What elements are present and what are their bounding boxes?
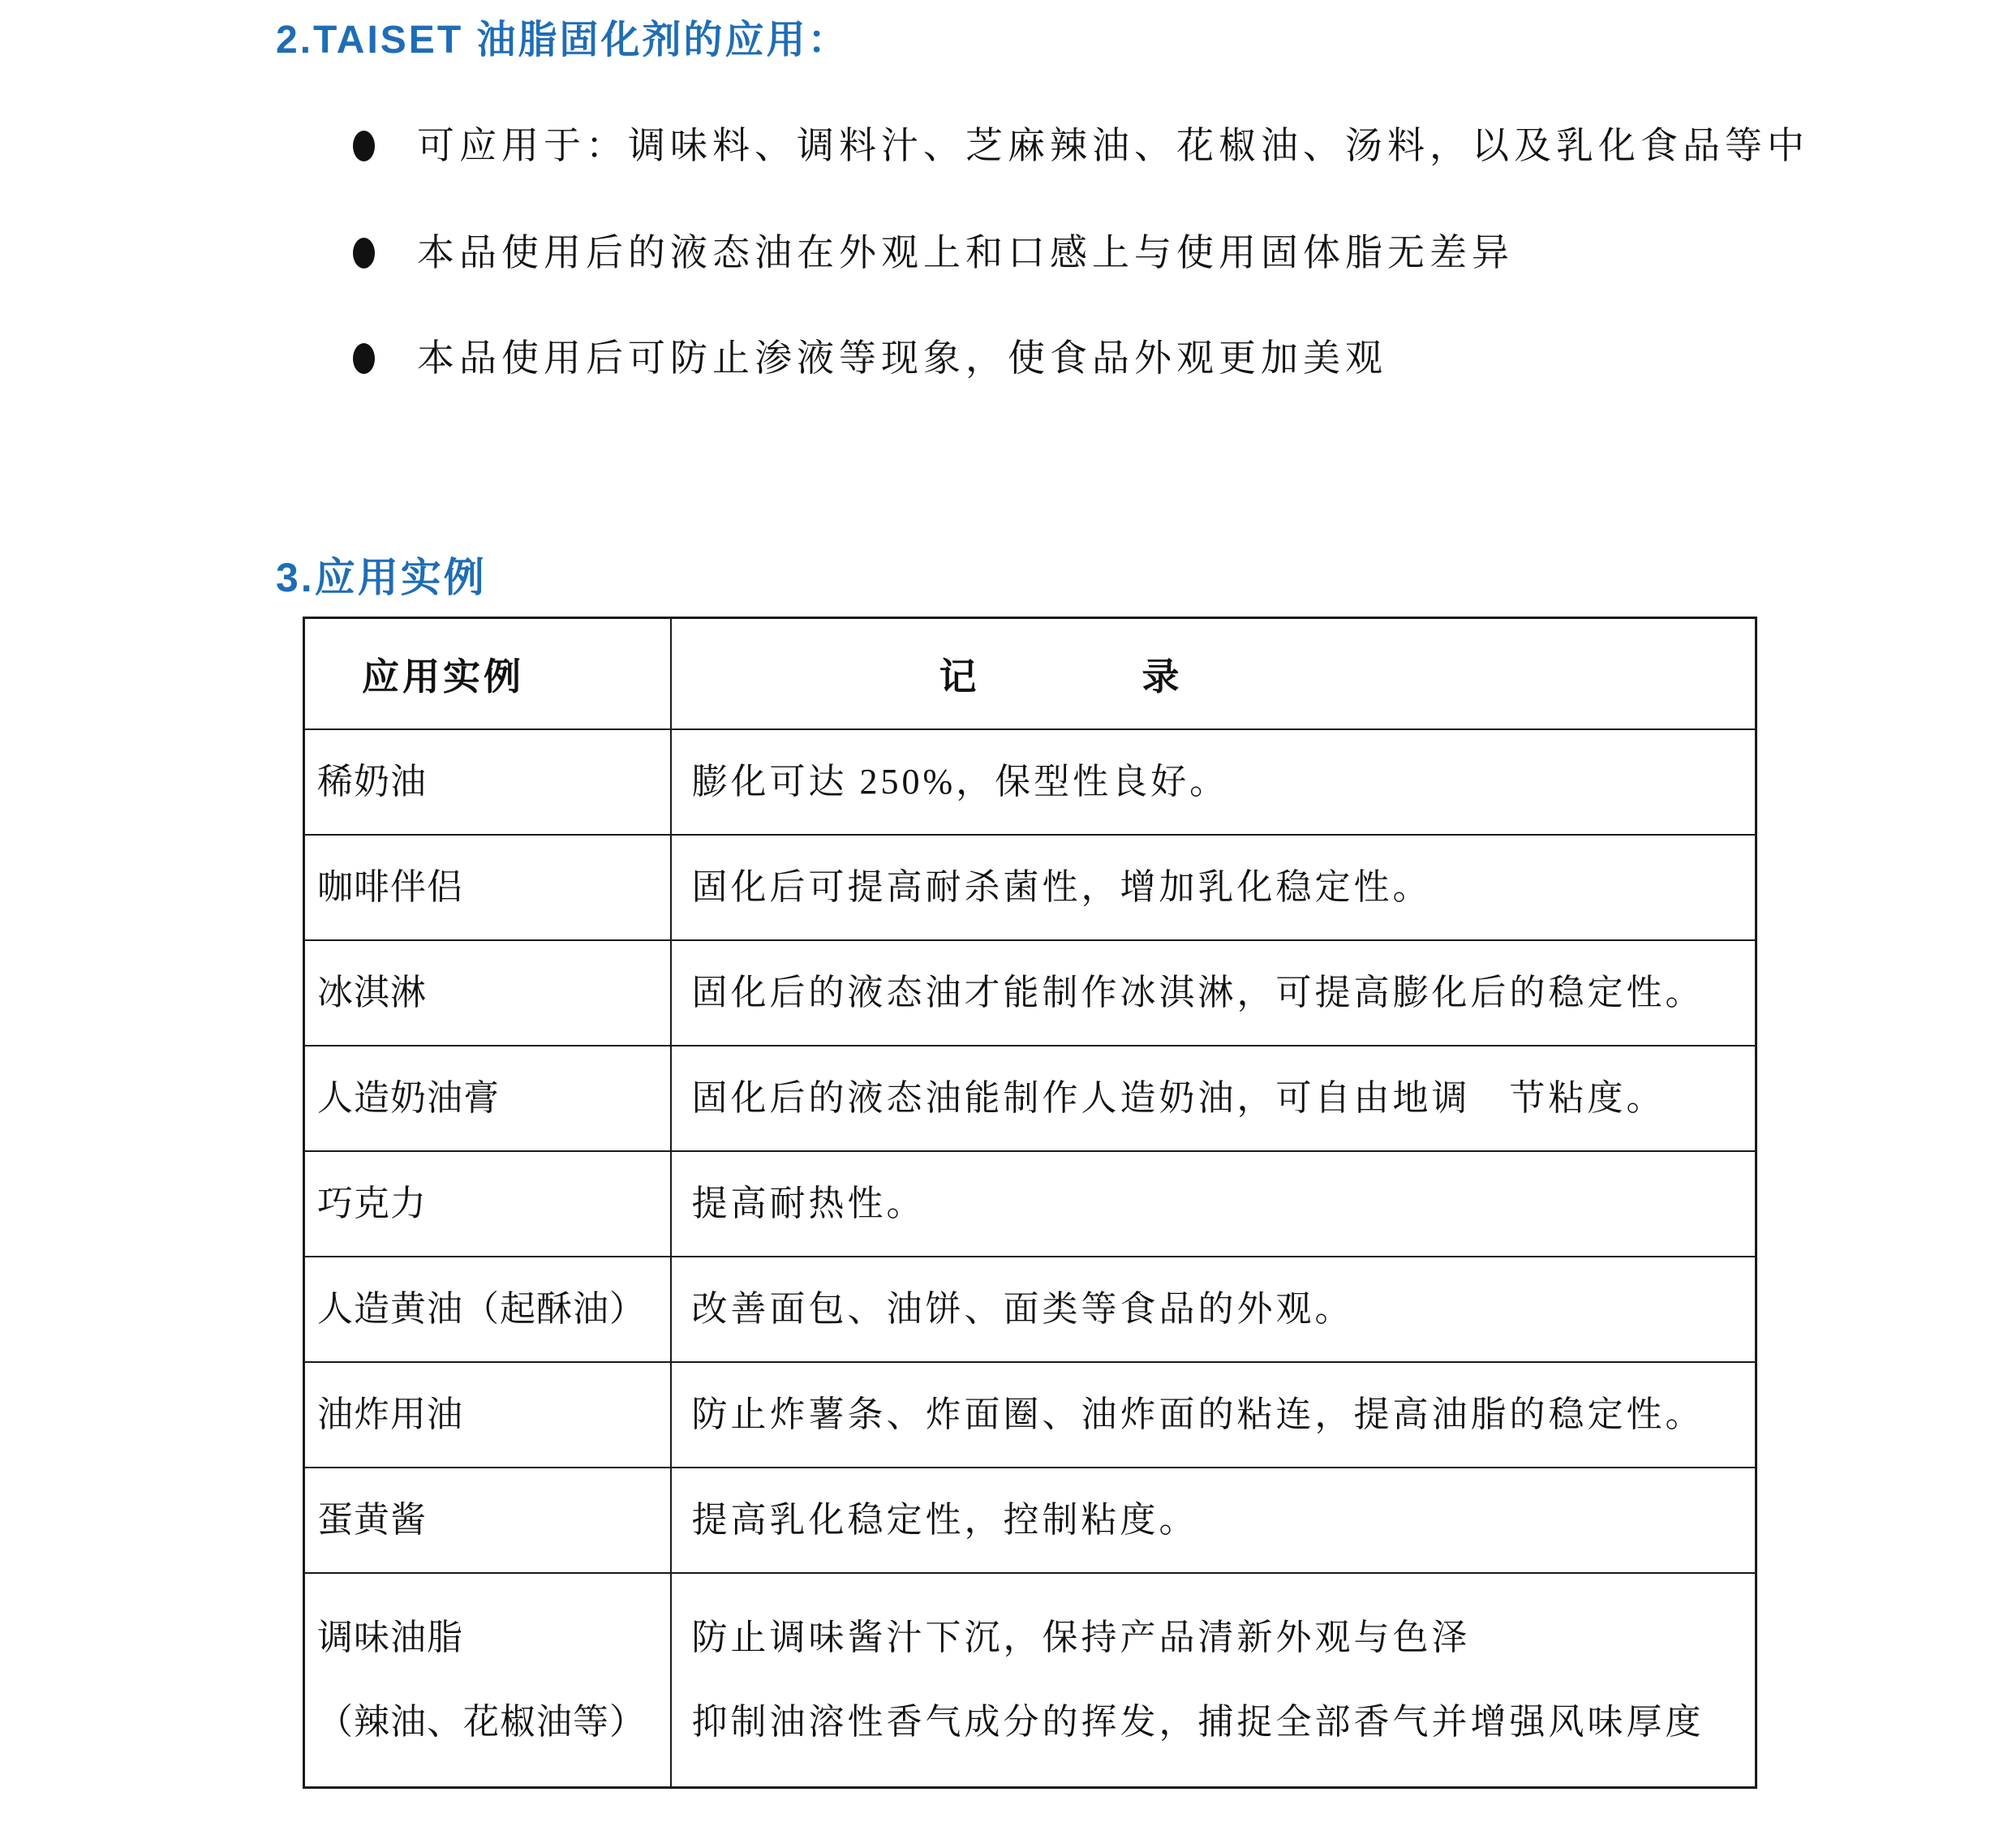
cell-record: 提高乳化稳定性，控制粘度。 [671, 1468, 1756, 1573]
cell-record: 固化后可提高耐杀菌性，增加乳化稳定性。 [671, 835, 1756, 940]
table-row: 咖啡伴侣 固化后可提高耐杀菌性，增加乳化稳定性。 [304, 835, 1756, 940]
cell-record: 膨化可达 250%，保型性良好。 [671, 729, 1756, 835]
bullet-item-uses: 可应用于：调味料、调料汁、芝麻辣油、花椒油、汤料，以及乳化食品等中 [353, 122, 1809, 170]
cell-record: 防止炸薯条、炸面圈、油炸面的粘连，提高油脂的稳定性。 [671, 1362, 1756, 1468]
cell-record: 改善面包、油饼、面类等食品的外观。 [671, 1257, 1756, 1362]
cell-example: 稀奶油 [304, 729, 671, 835]
table-row: 稀奶油 膨化可达 250%，保型性良好。 [304, 729, 1756, 835]
cell-record: 固化后的液态油能制作人造奶油，可自由地调 节粘度。 [671, 1046, 1756, 1151]
section-3-heading: 3.应用实例 [276, 545, 487, 604]
table-row: 油炸用油 防止炸薯条、炸面圈、油炸面的粘连，提高油脂的稳定性。 [304, 1362, 1756, 1468]
table-row: 蛋黄酱 提高乳化稳定性，控制粘度。 [304, 1468, 1756, 1573]
cell-example: 人造黄油（起酥油） [304, 1257, 671, 1362]
col-header-record: 记 录 [671, 618, 1756, 730]
table-header-row: 应用实例 记 录 [304, 618, 1756, 730]
bullet-icon [353, 238, 375, 269]
bullet-text: 本品使用后的液态油在外观上和口感上与使用固体脂无差异 [417, 229, 1514, 277]
application-examples-table: 应用实例 记 录 稀奶油 膨化可达 250%，保型性良好。 咖啡伴侣 固化后可提… [303, 617, 1757, 1789]
bullet-icon [353, 343, 375, 374]
bullet-text: 本品使用后可防止渗液等现象，使食品外观更加美观 [417, 334, 1387, 383]
cell-example: 巧克力 [304, 1151, 671, 1257]
cell-record: 固化后的液态油才能制作冰淇淋，可提高膨化后的稳定性。 [671, 940, 1756, 1046]
cell-record: 提高耐热性。 [671, 1151, 1756, 1257]
section-2-heading: 2.TAISET 油脂固化剂的应用： [276, 8, 849, 64]
bullet-item-appearance-taste: 本品使用后的液态油在外观上和口感上与使用固体脂无差异 [353, 229, 1514, 277]
cell-example: 调味油脂 （辣油、花椒油等） [304, 1573, 671, 1787]
table-row: 调味油脂 （辣油、花椒油等） 防止调味酱汁下沉，保持产品清新外观与色泽 抑制油溶… [304, 1573, 1756, 1787]
cell-example: 人造奶油膏 [304, 1046, 671, 1151]
table-row: 人造奶油膏 固化后的液态油能制作人造奶油，可自由地调 节粘度。 [304, 1046, 1756, 1151]
table-row: 冰淇淋 固化后的液态油才能制作冰淇淋，可提高膨化后的稳定性。 [304, 940, 1756, 1046]
cell-example: 油炸用油 [304, 1362, 671, 1468]
cell-record: 防止调味酱汁下沉，保持产品清新外观与色泽 抑制油溶性香气成分的挥发，捕捉全部香气… [671, 1573, 1756, 1787]
bullet-text: 可应用于：调味料、调料汁、芝麻辣油、花椒油、汤料，以及乳化食品等中 [417, 122, 1809, 170]
bullet-item-prevent-seepage: 本品使用后可防止渗液等现象，使食品外观更加美观 [353, 334, 1387, 383]
col-header-application-example: 应用实例 [304, 618, 671, 730]
document-page: 2.TAISET 油脂固化剂的应用： 可应用于：调味料、调料汁、芝麻辣油、花椒油… [0, 0, 2012, 1848]
cell-example: 蛋黄酱 [304, 1468, 671, 1573]
cell-example: 冰淇淋 [304, 940, 671, 1046]
cell-example: 咖啡伴侣 [304, 835, 671, 940]
table-row: 巧克力 提高耐热性。 [304, 1151, 1756, 1257]
bullet-icon [353, 131, 375, 161]
table-row: 人造黄油（起酥油） 改善面包、油饼、面类等食品的外观。 [304, 1257, 1756, 1362]
